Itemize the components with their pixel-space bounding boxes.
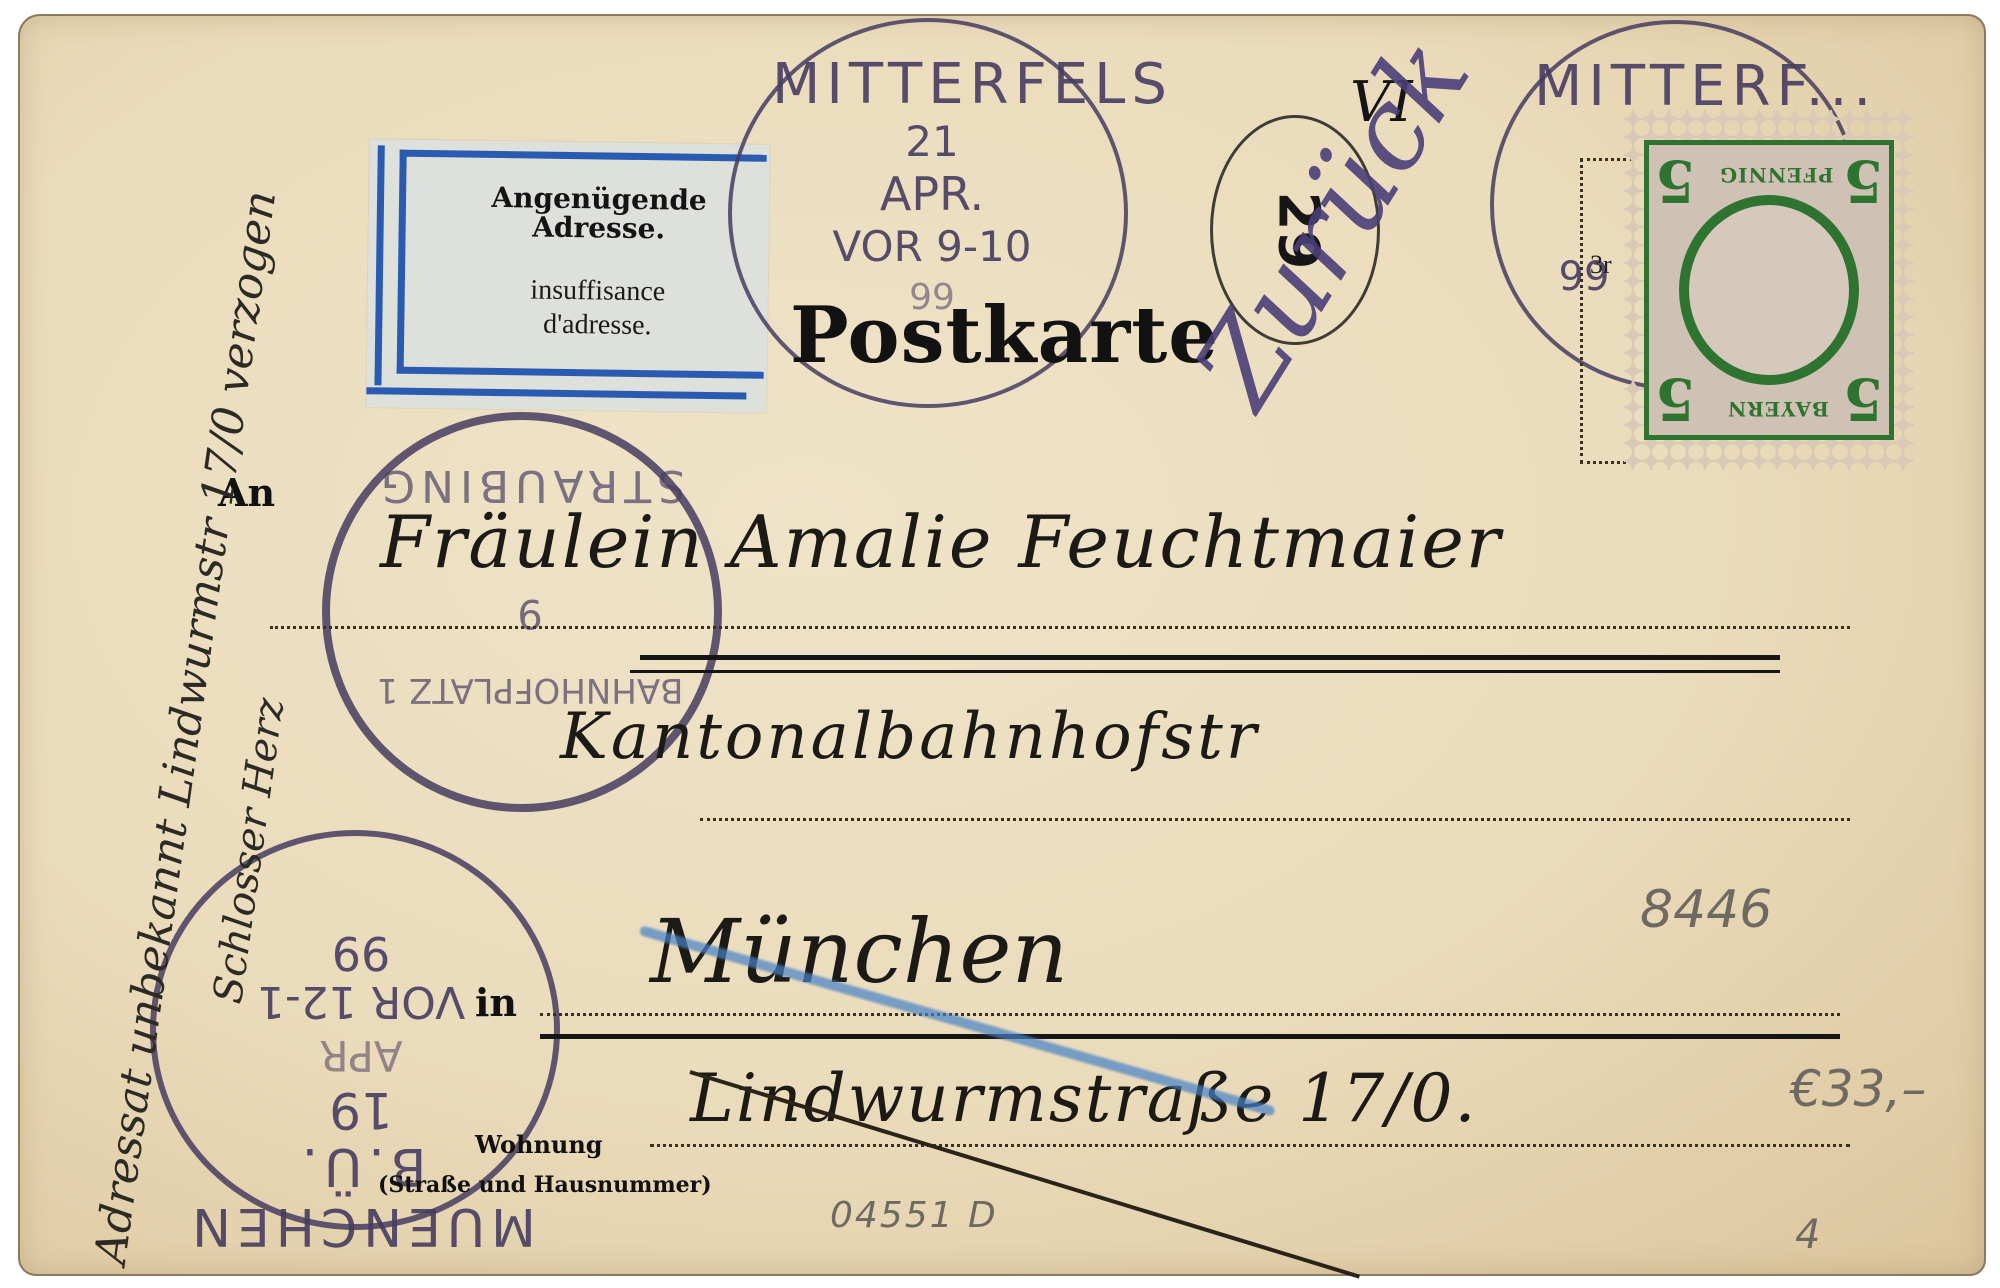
stamp-bottom-text: BAYERN bbox=[1727, 397, 1829, 421]
pencil-price: €33,– bbox=[1790, 1060, 1926, 1118]
recipient-street: Lindwurmstraße 17/0. bbox=[690, 1060, 1477, 1137]
strike-line-2 bbox=[630, 670, 1780, 673]
postmark-town: MITTERFELS bbox=[772, 52, 1092, 117]
residence-sublabel: (Straße und Hausnummer) bbox=[378, 1172, 712, 1198]
insufficient-address-label: Angenügende Adresse. insuffisance d'adre… bbox=[366, 139, 770, 413]
pencil-inventory-id: 04551 D bbox=[830, 1195, 998, 1236]
label-french-line-1: insuffisance bbox=[468, 273, 728, 310]
pencil-small-mark: 4 bbox=[1795, 1212, 1820, 1258]
address-line-4 bbox=[650, 1144, 1850, 1147]
postmark-month: APR. bbox=[732, 167, 1132, 221]
stamp-value: 5 bbox=[1655, 147, 1695, 215]
coat-of-arms-icon bbox=[1679, 195, 1859, 385]
city-prefix-label: in bbox=[475, 980, 517, 1025]
label-french-text: insuffisance d'adresse. bbox=[467, 273, 728, 344]
residence-label: Wohnung bbox=[475, 1130, 603, 1159]
address-line-3 bbox=[540, 1013, 1840, 1016]
postmark-time: 9 bbox=[390, 590, 670, 636]
postmark-time: VOR 9-10 bbox=[732, 222, 1132, 271]
stamp-top-text: PFENNIG bbox=[1719, 163, 1833, 187]
postmark-month: APR bbox=[156, 1031, 566, 1080]
recipient-name: Fräulein Amalie Feuchtmaier bbox=[380, 500, 1502, 584]
label-french-line-2: d'adresse. bbox=[467, 306, 727, 343]
stamp-value: 5 bbox=[1843, 147, 1883, 215]
stamp-value: 5 bbox=[1655, 365, 1695, 433]
postcard-title: Postkarte bbox=[790, 290, 1219, 381]
address-line-1 bbox=[270, 626, 1850, 629]
label-german-text: Angenügende Adresse. bbox=[468, 183, 729, 245]
postmark-muenchen: MUENCHEN B.Ü. 99 VOR 12-1 APR 19 bbox=[150, 830, 560, 1230]
label-german-line-2: Adresse. bbox=[468, 212, 728, 245]
postmark-day: 21 bbox=[732, 117, 1132, 166]
label-german-line-1: Angenügende bbox=[469, 183, 729, 216]
address-line-2 bbox=[700, 818, 1850, 821]
strike-line-1 bbox=[640, 655, 1780, 660]
postage-stamp: 5 5 5 5 PFENNIG BAYERN bbox=[1644, 140, 1894, 440]
address-divider bbox=[540, 1034, 1840, 1039]
original-street: Kantonalbahnhofstr bbox=[560, 700, 1259, 774]
stamp-value: 5 bbox=[1843, 365, 1883, 433]
pencil-catalog-number: 8446 bbox=[1640, 880, 1772, 940]
stamp-box-label: 3r bbox=[1590, 250, 1612, 280]
